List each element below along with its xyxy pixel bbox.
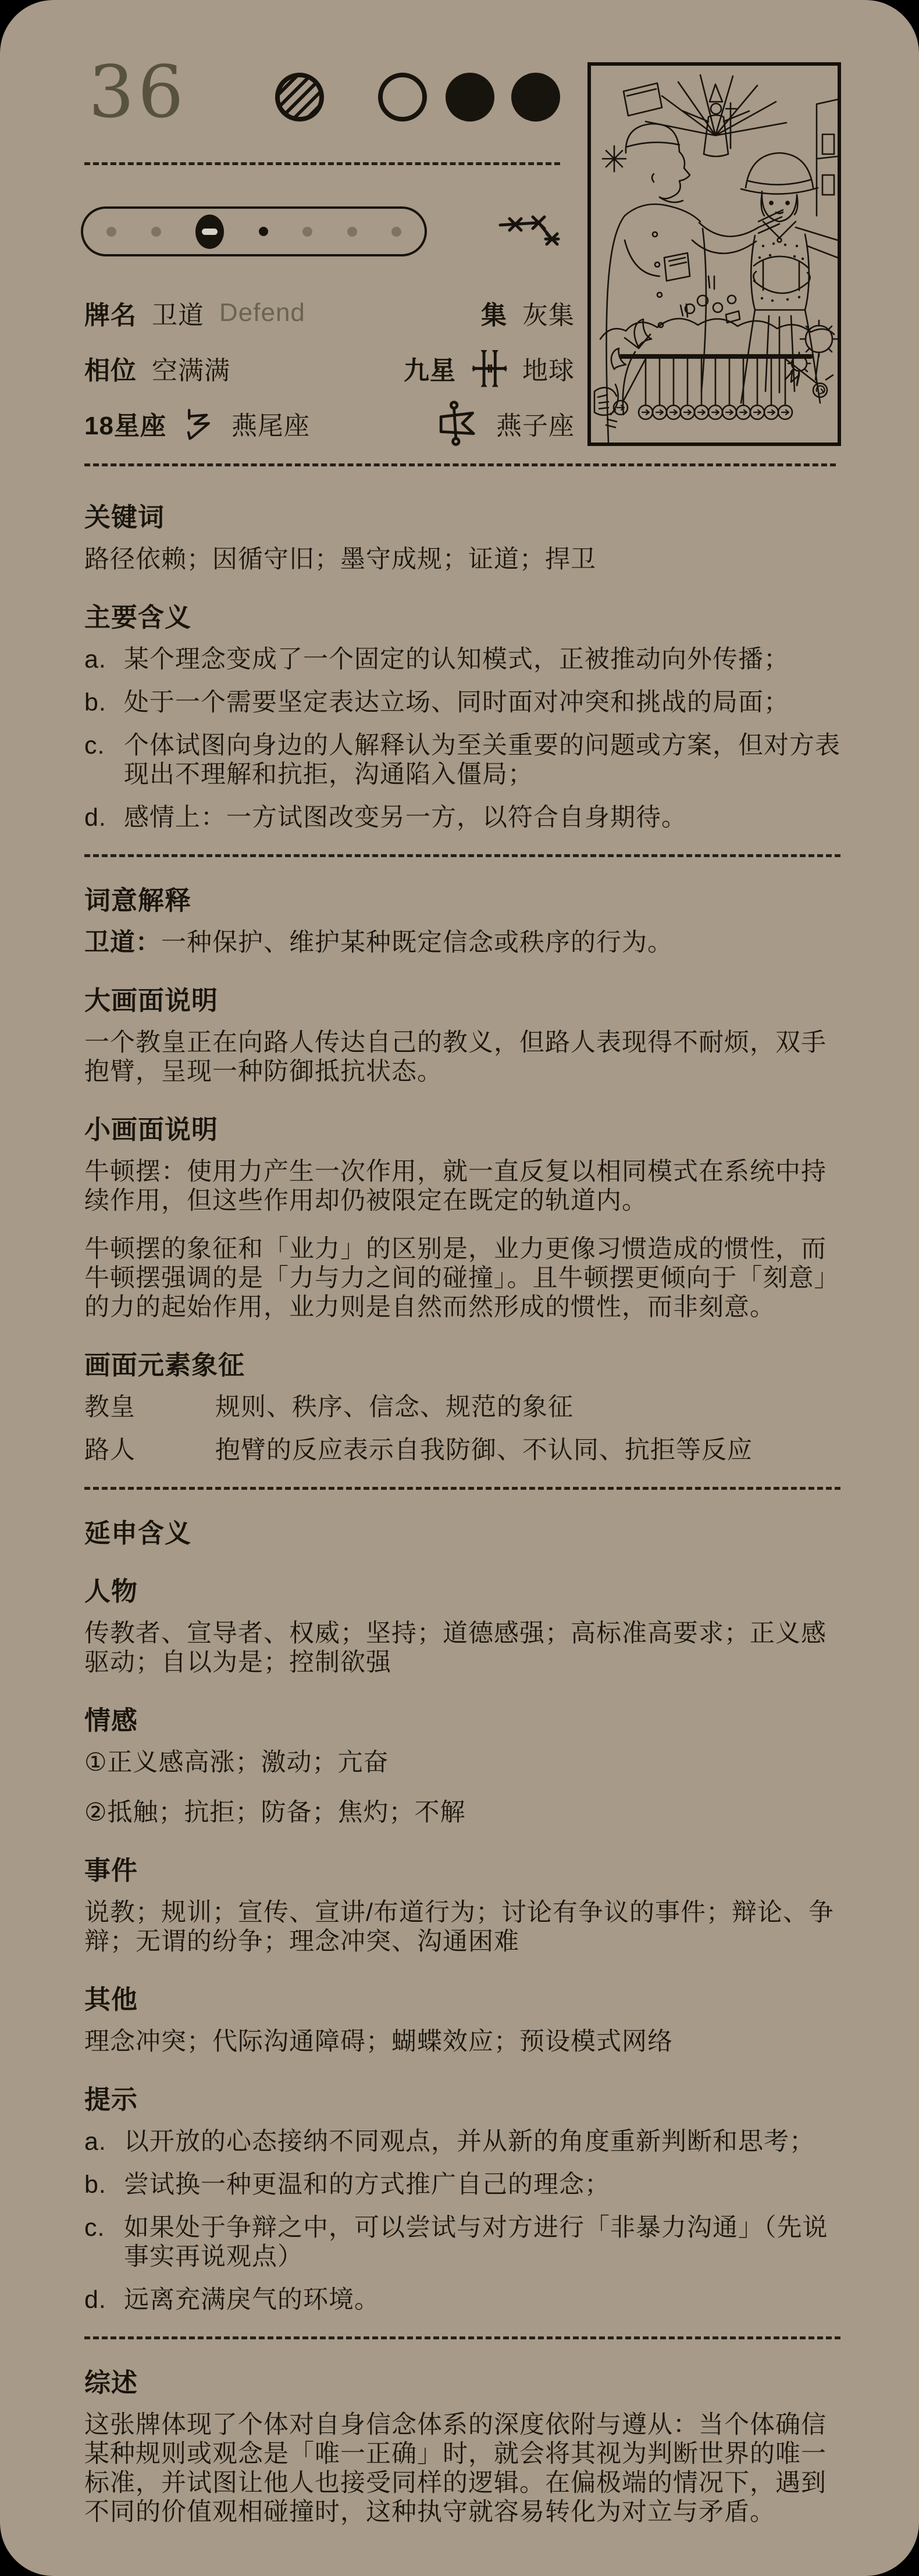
item-text: 尝试换一种更温和的方式推广自己的理念； (124, 2170, 840, 2199)
item-marker: b. (84, 688, 124, 717)
swallowtail-sigil-icon (181, 398, 216, 449)
slider-pip (106, 227, 116, 237)
status-dot-hatched-icon (275, 73, 324, 122)
earth-sigil-icon (471, 344, 507, 393)
main-meanings-title: 主要含义 (84, 603, 840, 632)
slider-thumb[interactable] (195, 215, 224, 249)
element-row: 教皇 规则、秩序、信念、规范的象征 (84, 1393, 840, 1422)
ninestar-value: 地球 (522, 349, 575, 387)
big-picture-title: 大画面说明 (84, 986, 840, 1015)
slider-pip (391, 227, 401, 237)
keywords-title: 关键词 (84, 503, 840, 532)
card-number: 36 (88, 55, 187, 130)
list-item: c. 如果处于争辩之中，可以尝试与对方进行「非暴力沟通」（先说事实再说观点） (84, 2213, 840, 2271)
summary-title: 综述 (84, 2368, 840, 2397)
word-explanation-body: 卫道：一种保护、维护某种既定信念或秩序的行为。 (84, 928, 840, 957)
small-picture-title: 小画面说明 (84, 1115, 840, 1144)
item-marker: c. (84, 731, 124, 789)
element-desc: 规则、秩序、信念、规范的象征 (215, 1393, 574, 1422)
list-item: a. 某个理念变成了一个固定的认知模式，正被推动向外传播； (84, 645, 840, 674)
minus-icon (202, 229, 218, 235)
main-meanings-list: a. 某个理念变成了一个固定的认知模式，正被推动向外传播； b. 处于一个需要坚… (84, 645, 840, 832)
list-item: b. 尝试换一种更温和的方式推广自己的理念； (84, 2170, 840, 2199)
others-title: 其他 (84, 1985, 840, 2014)
events-body: 说教；规训；宣传、宣讲/布道行为；讨论有争议的事件；辩论、争辩；无谓的纷争；理念… (84, 1898, 840, 1956)
extended-title: 延申含义 (84, 1519, 840, 1548)
preacher-and-bystander-illustration (591, 66, 838, 443)
section-divider (84, 1487, 840, 1490)
persons-body: 传教者、宣导者、权威；坚持；道德感强；高标准高要求；正义感驱动；自以为是；控制欲… (84, 1619, 840, 1677)
phase-value: 空满满 (152, 349, 230, 387)
swallow-flag-sigil-icon (434, 397, 481, 450)
list-item: b. 处于一个需要坚定表达立场、同时面对冲突和挑战的局面； (84, 688, 840, 717)
slider-pip-current (259, 227, 268, 236)
phase-label: 相位 (84, 349, 137, 387)
emotion-item: ②抵触；抗拒；防备；焦灼；不解 (84, 1798, 840, 1827)
zodiac18-label: 18星座 (84, 405, 166, 442)
zodiac18-value: 燕尾座 (231, 405, 310, 442)
element-desc: 抱臂的反应表示自我防御、不认同、抗拒等反应 (215, 1436, 753, 1465)
list-item: d. 远离充满戾气的环境。 (84, 2285, 840, 2314)
field-row-zodiac: 18星座 燕尾座 (84, 409, 575, 438)
item-marker: b. (84, 2170, 124, 2199)
slider-pip (347, 227, 357, 237)
small-picture-p1: 牛顿摆：使用力产生一次作用，就一直反复以相同模式在系统中持续作用，但这些作用却仍… (84, 1157, 840, 1215)
others-body: 理念冲突；代际沟通障碍；蝴蝶效应；预设模式网络 (84, 2027, 840, 2056)
word-explanation-title: 词意解释 (84, 886, 840, 915)
name-label: 牌名 (84, 294, 137, 331)
section-divider (84, 854, 840, 857)
card-illustration (587, 62, 841, 446)
slider-pip (302, 227, 312, 237)
three-star-constellation-icon (496, 207, 572, 252)
item-marker: a. (84, 645, 124, 674)
field-row-name: 牌名 卫道 Defend 集 灰集 (84, 298, 575, 327)
list-item: a. 以开放的心态接纳不同观点，并从新的角度重新判断和思考； (84, 2127, 840, 2156)
attribute-fields: 牌名 卫道 Defend 集 灰集 相位 空满满 九星 (84, 298, 575, 464)
list-item: d. 感情上：一方试图改变另一方，以符合自身期待。 (84, 803, 840, 832)
status-dot-filled-icon (511, 73, 560, 122)
field-row-phase: 相位 空满满 九星 (84, 354, 575, 383)
item-marker: a. (84, 2127, 124, 2156)
set-label: 集 (481, 294, 507, 331)
item-marker: c. (84, 2213, 124, 2271)
persons-title: 人物 (84, 1577, 840, 1606)
item-text: 以开放的心态接纳不同观点，并从新的角度重新判断和思考； (124, 2127, 840, 2156)
word-text: 一种保护、维护某种既定信念或秩序的行为。 (161, 929, 673, 957)
item-marker: d. (84, 2285, 124, 2314)
tips-title: 提示 (84, 2085, 840, 2114)
item-text: 处于一个需要坚定表达立场、同时面对冲突和挑战的局面； (124, 688, 840, 717)
list-item: c. 个体试图向身边的人解释认为至关重要的问题或方案，但对方表现出不理解和抗拒，… (84, 731, 840, 789)
summary-body: 这张牌体现了个体对自身信念体系的深度依附与遵从：当个体确信某种规则或观念是「唯一… (84, 2410, 840, 2527)
item-text: 感情上：一方试图改变另一方，以符合自身期待。 (124, 803, 840, 832)
item-text: 个体试图向身边的人解释认为至关重要的问题或方案，但对方表现出不理解和抗拒，沟通陷… (124, 731, 840, 789)
events-title: 事件 (84, 1856, 840, 1885)
element-term: 教皇 (84, 1393, 215, 1422)
card-content: 关键词 路径依赖；因循守旧；墨守成规；证道；捍卫 主要含义 a. 某个理念变成了… (84, 474, 840, 2527)
emotion-item: ①正义感高涨；激动；亢奋 (84, 1748, 840, 1777)
tips-list: a. 以开放的心态接纳不同观点，并从新的角度重新判断和思考； b. 尝试换一种更… (84, 2127, 840, 2314)
keywords-body: 路径依赖；因循守旧；墨守成规；证道；捍卫 (84, 545, 840, 574)
big-picture-body: 一个教皇正在向路人传达自己的教义，但路人表现得不耐烦，双手抱臂，呈现一种防御抵抗… (84, 1028, 840, 1086)
element-row: 路人 抱臂的反应表示自我防御、不认同、抗拒等反应 (84, 1436, 840, 1465)
item-text: 如果处于争辩之中，可以尝试与对方进行「非暴力沟通」（先说事实再说观点） (124, 2213, 840, 2271)
card-detail-page: 36 (0, 0, 919, 2576)
status-dot-outline-icon (378, 73, 427, 122)
level-slider[interactable] (81, 206, 427, 256)
item-marker: d. (84, 803, 124, 832)
header-divider (84, 162, 560, 165)
set-value: 灰集 (522, 294, 575, 331)
name-value-en: Defend (219, 298, 305, 327)
elements-title: 画面元素象征 (84, 1351, 840, 1380)
swallow-value: 燕子座 (496, 405, 575, 442)
slider-pip (151, 227, 161, 237)
element-term: 路人 (84, 1436, 215, 1465)
ninestar-label: 九星 (404, 349, 456, 387)
item-text: 远离充满戾气的环境。 (124, 2285, 840, 2314)
status-dot-filled-icon (446, 73, 494, 122)
emotions-title: 情感 (84, 1706, 840, 1735)
word-term: 卫道： (84, 929, 161, 957)
section-divider (84, 463, 836, 466)
name-value: 卫道 (152, 294, 204, 331)
item-text: 某个理念变成了一个固定的认知模式，正被推动向外传播； (124, 645, 840, 674)
small-picture-p2: 牛顿摆的象征和「业力」的区别是，业力更像习惯造成的惯性，而牛顿摆强调的是「力与力… (84, 1235, 840, 1322)
section-divider (84, 2336, 840, 2339)
